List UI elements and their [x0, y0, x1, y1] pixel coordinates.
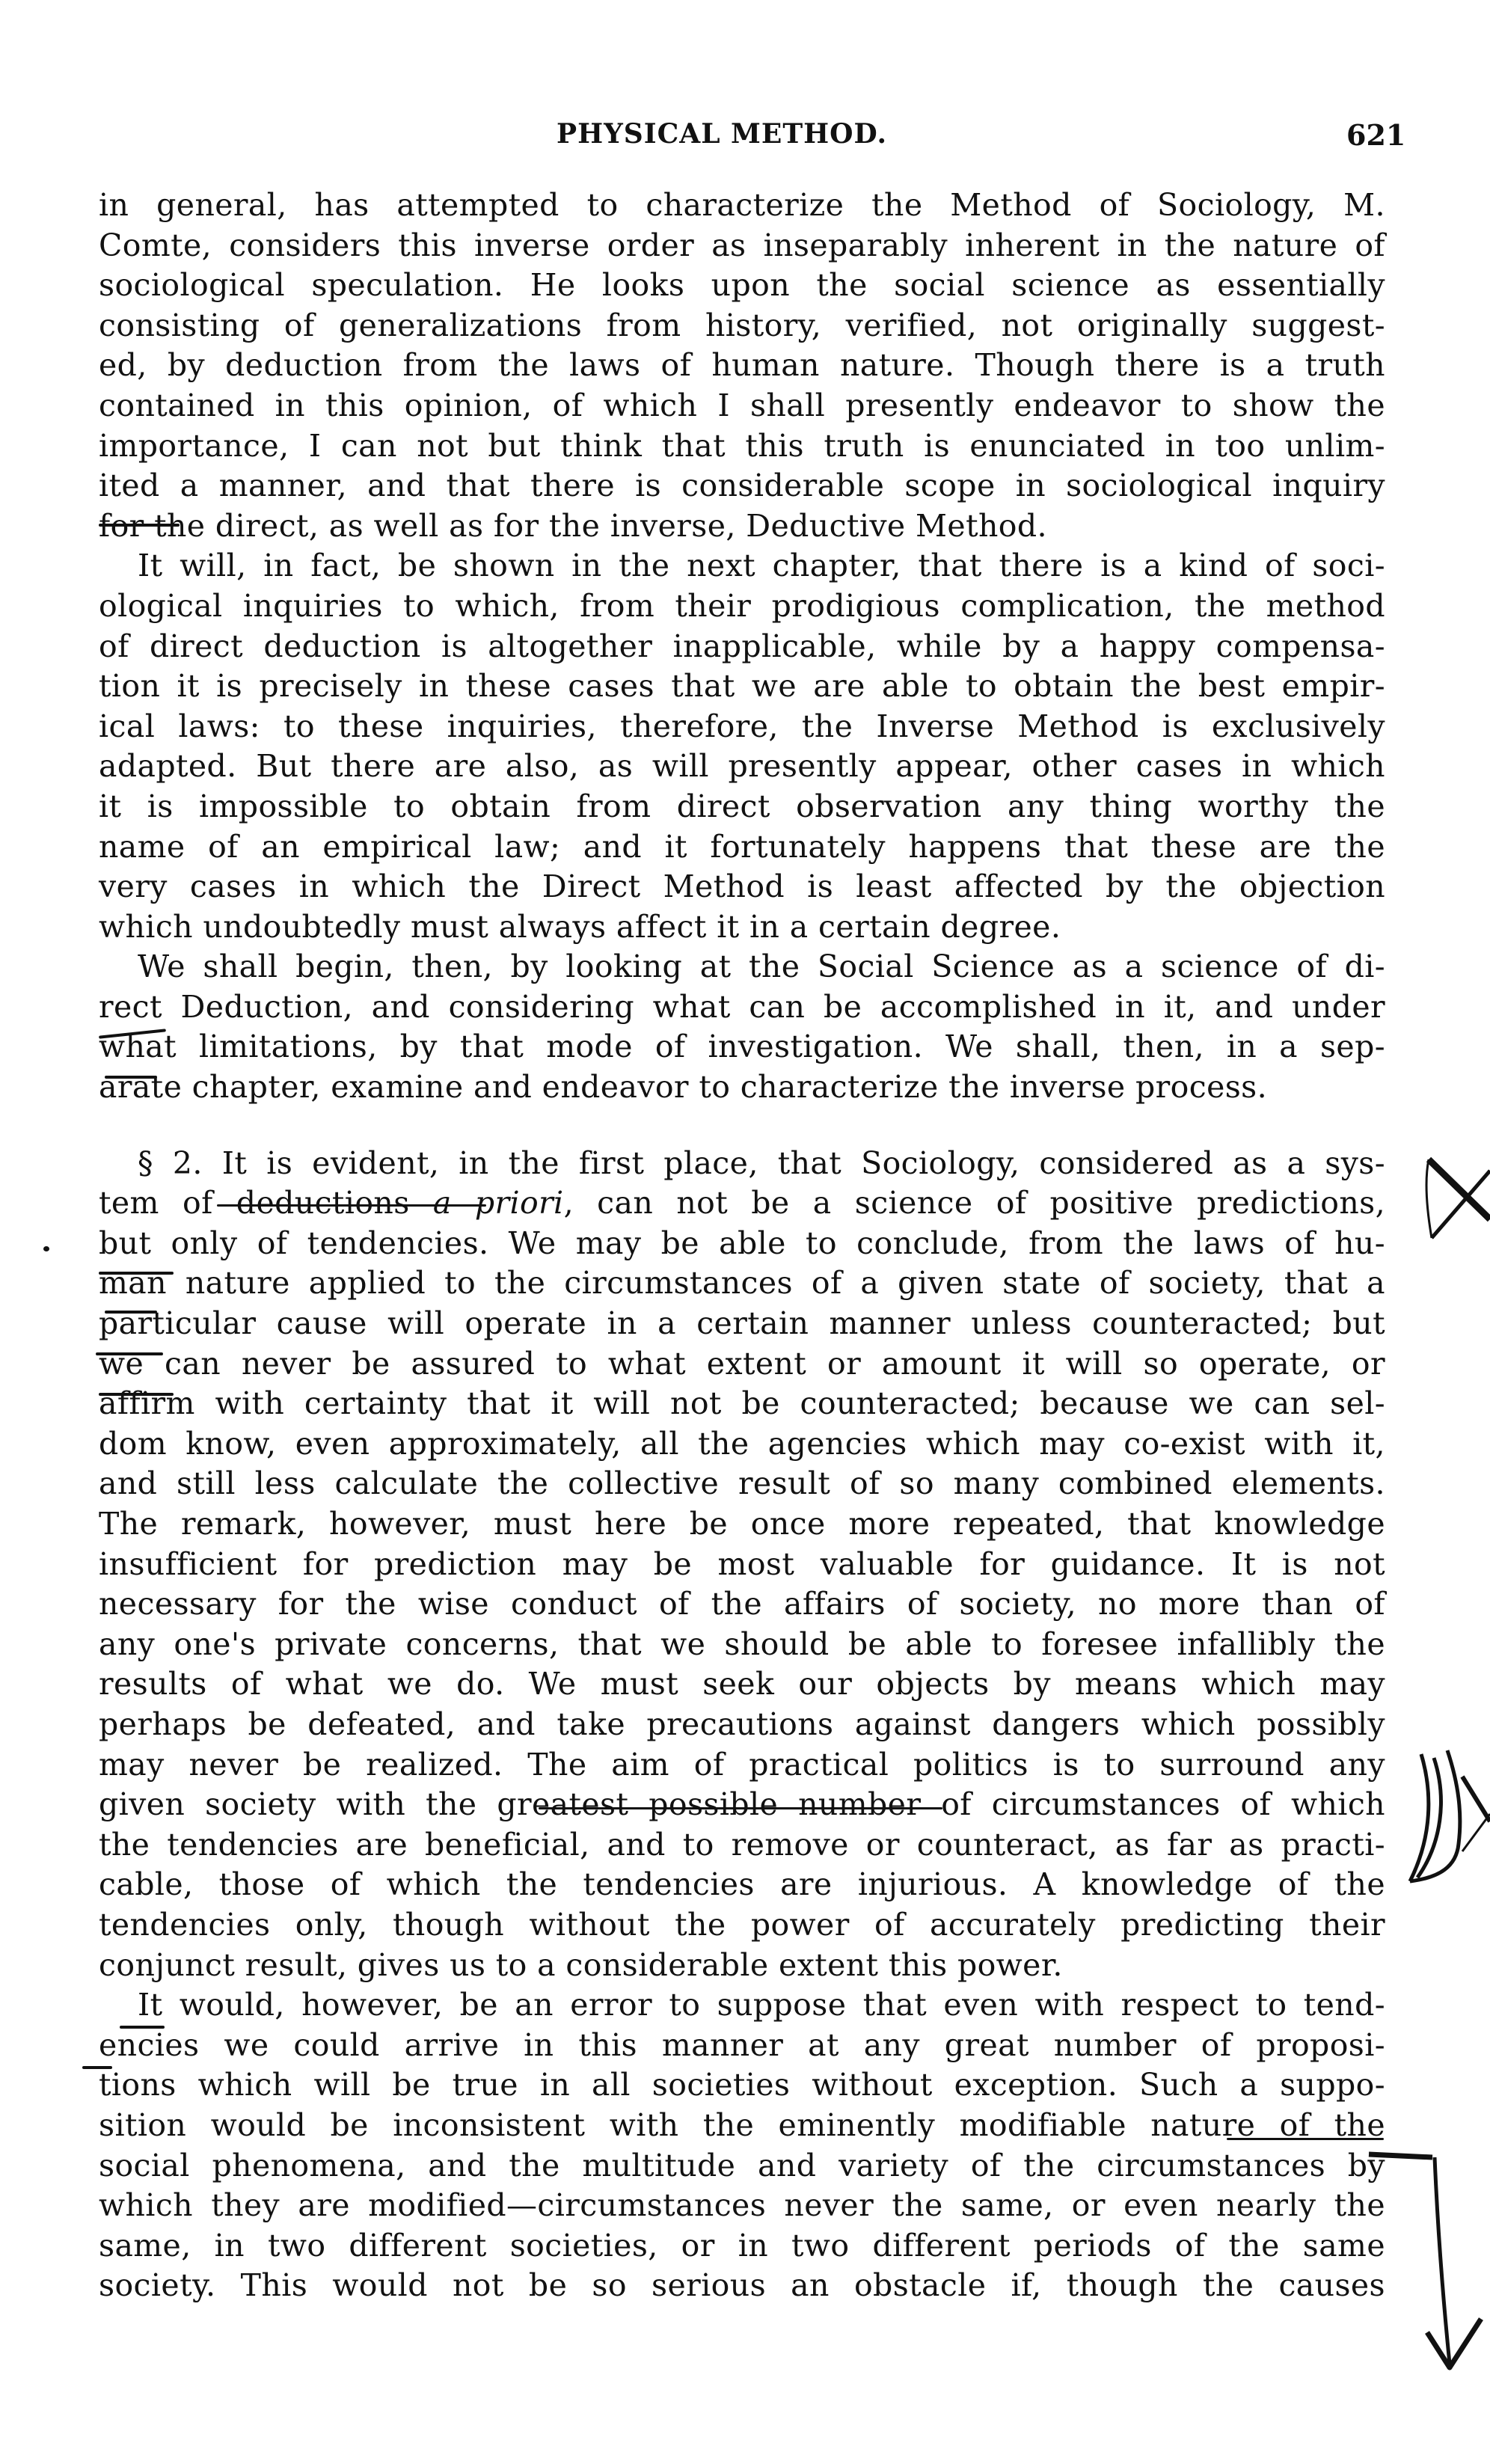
text-line: necessary for the wise conduct of the af… [99, 1584, 1385, 1625]
text-line: it is impossible to obtain from direct o… [99, 787, 1385, 827]
text-line: We shall begin, then, by looking at the … [99, 947, 1385, 987]
pen-underline [120, 2026, 165, 2029]
text-line: ological inquiries to which, from their … [99, 586, 1385, 627]
running-head: PHYSICAL METHOD. 621 [0, 118, 1490, 156]
text-line: It will, in fact, be shown in the next c… [99, 546, 1385, 586]
pen-underline [96, 1352, 163, 1355]
text-line: conjunct result, gives us to a considera… [99, 1946, 1385, 1986]
text-line: social phenomena, and the multitude and … [99, 2146, 1385, 2186]
text-line: and still less calculate the collective … [99, 1464, 1385, 1504]
bracket-x-icon [1388, 1747, 1490, 1904]
text-line: for the direct, as well as for the inver… [99, 506, 1385, 547]
page-number: 621 [1346, 118, 1405, 152]
text-line: encies we could arrive in this manner at… [99, 2026, 1385, 2066]
text-line: particular cause will operate in a certa… [99, 1304, 1385, 1344]
text-line: adapted. But there are also, as will pre… [99, 747, 1385, 787]
pen-underline [99, 524, 180, 527]
section-heading-line: § 2. It is evident, in the first place, … [99, 1144, 1385, 1184]
running-title: PHYSICAL METHOD. [557, 118, 887, 150]
paragraph-1: in general, has attempted to characteriz… [99, 186, 1385, 546]
pen-underline [105, 1311, 157, 1314]
text-line: results of what we do. We must seek our … [99, 1664, 1385, 1705]
text-line: importance, I can not but think that thi… [99, 426, 1385, 467]
text-line: ited a manner, and that there is conside… [99, 466, 1385, 506]
pen-underline [82, 2066, 112, 2069]
text-line: sition would be inconsistent with the em… [99, 2106, 1385, 2146]
paragraph-2: It will, in fact, be shown in the next c… [99, 546, 1385, 947]
text-line: very cases in which the Direct Method is… [99, 867, 1385, 907]
text-line: arate chapter, examine and endeavor to c… [99, 1067, 1385, 1108]
text-line: ed, by deduction from the laws of human … [99, 346, 1385, 386]
text-line: cable, those of which the tendencies are… [99, 1865, 1385, 1905]
text-line: any one's private concerns, that we shou… [99, 1625, 1385, 1665]
text-line: It would, however, be an error to suppos… [99, 1985, 1385, 2026]
text-line: The remark, however, must here be once m… [99, 1504, 1385, 1545]
paragraph-5: It would, however, be an error to suppos… [99, 1985, 1385, 2306]
pen-underline [539, 1807, 942, 1809]
text-line: tions which will be true in all societie… [99, 2065, 1385, 2106]
book-page: PHYSICAL METHOD. 621 in general, has att… [0, 0, 1490, 2464]
text-line: society. This would not be so serious an… [99, 2266, 1385, 2306]
text-line: given society with the greatest possible… [99, 1785, 1385, 1825]
pen-underline [99, 1393, 174, 1396]
text-line: consisting of generalizations from histo… [99, 306, 1385, 346]
text-line: of direct deduction is altogether inappl… [99, 627, 1385, 667]
text-line: insufficient for prediction may be most … [99, 1545, 1385, 1585]
body-text: in general, has attempted to characteriz… [99, 186, 1385, 2306]
text-line: tendencies only, though without the powe… [99, 1905, 1385, 1946]
text-line: name of an empirical law; and it fortuna… [99, 827, 1385, 868]
text-line: which undoubtedly must always affect it … [99, 907, 1385, 948]
text-line: man nature applied to the circumstances … [99, 1263, 1385, 1304]
text-line: same, in two different societies, or in … [99, 2226, 1385, 2267]
x-mark-icon [1421, 1152, 1490, 1249]
section-2-paragraph: § 2. It is evident, in the first place, … [99, 1144, 1385, 1985]
text-line: we can never be assured to what extent o… [99, 1344, 1385, 1385]
margin-dot [43, 1246, 49, 1251]
text-line: may never be realized. The aim of practi… [99, 1745, 1385, 1786]
italic-phrase: a priori [433, 1185, 564, 1221]
pen-underline [105, 1076, 157, 1079]
text-line: perhaps be defeated, and take precaution… [99, 1705, 1385, 1745]
text-line: which they are modified—circumstances ne… [99, 2186, 1385, 2226]
text-line: tion it is precisely in these cases that… [99, 666, 1385, 707]
text-line: in general, has attempted to characteriz… [99, 186, 1385, 226]
pen-underline [217, 1204, 486, 1207]
text-line: rect Deduction, and considering what can… [99, 987, 1385, 1028]
text-line: contained in this opinion, of which I sh… [99, 386, 1385, 426]
text-line: what limitations, by that mode of invest… [99, 1027, 1385, 1067]
text-line: affirm with certainty that it will not b… [99, 1384, 1385, 1424]
down-arrow-icon [1361, 2139, 1490, 2379]
pen-underline [99, 1272, 174, 1275]
pen-underline [1227, 2138, 1384, 2140]
paragraph-3: We shall begin, then, by looking at the … [99, 947, 1385, 1107]
text-line: Comte, considers this inverse order as i… [99, 226, 1385, 266]
text-line: sociological speculation. He looks upon … [99, 266, 1385, 306]
text-line: dom know, even approximately, all the ag… [99, 1424, 1385, 1465]
text-line: the tendencies are beneficial, and to re… [99, 1825, 1385, 1866]
text-line: but only of tendencies. We may be able t… [99, 1224, 1385, 1264]
text-line: ical laws: to these inquiries, therefore… [99, 707, 1385, 747]
